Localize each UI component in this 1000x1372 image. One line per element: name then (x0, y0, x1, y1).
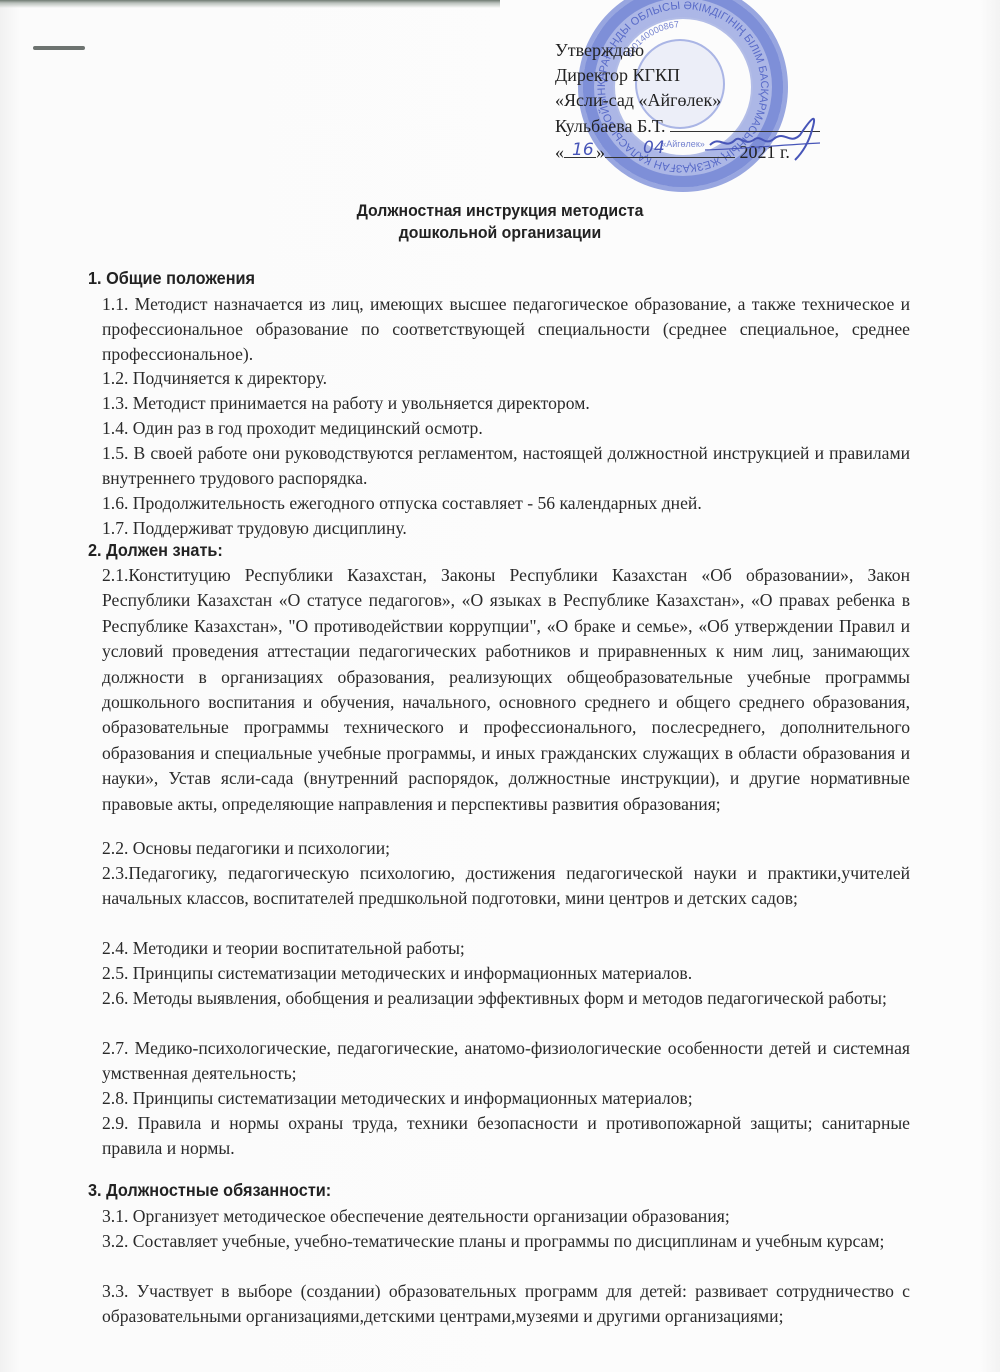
clause-1-2: 1.2. Подчиняется к директору. (102, 366, 910, 391)
title-line-2: дошкольной организации (35, 222, 965, 244)
clause-2-8: 2.8. Принципы систематизации методически… (102, 1086, 910, 1111)
date-quote-close: » (596, 142, 605, 162)
section-3-title: 3. Должностные обязанности: (88, 1180, 331, 1201)
pen-mark (33, 46, 85, 50)
clause-2-6: 2.6. Методы выявления, обобщения и реали… (102, 986, 910, 1011)
approver-name: Кульбаева Б.Т. (555, 116, 665, 136)
handwritten-day: 16 (572, 140, 594, 160)
clause-1-3: 1.3. Методист принимается на работу и ув… (102, 391, 910, 416)
approver-position: Директор КГКП (555, 63, 820, 88)
clause-2-1: 2.1.Конституцию Республики Казахстан, За… (102, 563, 910, 817)
clause-1-4: 1.4. Один раз в год проходит медицинский… (102, 416, 910, 441)
scanned-page: ҚАРАҒАНДЫ ОБЛЫСЫ ӘКІМДІГІНІҢ БІЛІМ БАСҚА… (0, 0, 1000, 1372)
clause-2-7: 2.7. Медико-психологические, педагогичес… (102, 1036, 910, 1086)
clause-2-3: 2.3.Педагогику, педагогическую психологи… (102, 861, 910, 911)
scan-edge-shadow (0, 0, 500, 8)
handwritten-month: 04 (643, 138, 665, 158)
clause-3-2: 3.2. Составляет учебные, учебно-тематиче… (102, 1229, 910, 1254)
approval-heading: Утверждаю (555, 38, 820, 63)
clause-2-4: 2.4. Методики и теории воспитательной ра… (102, 936, 910, 961)
clause-1-5: 1.5. В своей работе они руководствуются … (102, 441, 910, 491)
date-quote-open: « (555, 142, 564, 162)
document-title: Должностная инструкция методиста дошколь… (35, 200, 965, 244)
clause-2-2: 2.2. Основы педагогики и психологии; (102, 836, 910, 861)
section-2-title: 2. Должен знать: (88, 540, 223, 561)
clause-3-1: 3.1. Организует методическое обеспечение… (102, 1204, 910, 1229)
clause-3-3: 3.3. Участвует в выборе (создании) образ… (102, 1279, 910, 1329)
clause-2-5: 2.5. Принципы систематизации методически… (102, 961, 910, 986)
clause-1-6: 1.6. Продолжительность ежегодного отпуск… (102, 491, 910, 516)
signature-icon (700, 105, 830, 165)
clause-2-9: 2.9. Правила и нормы охраны труда, техни… (102, 1111, 910, 1161)
title-line-1: Должностная инструкция методиста (35, 200, 965, 222)
section-1-title: 1. Общие положения (88, 268, 255, 289)
clause-1-7: 1.7. Поддерживат трудовую дисциплину. (102, 516, 910, 541)
clause-1-1: 1.1. Методист назначается из лиц, имеющи… (102, 292, 910, 367)
